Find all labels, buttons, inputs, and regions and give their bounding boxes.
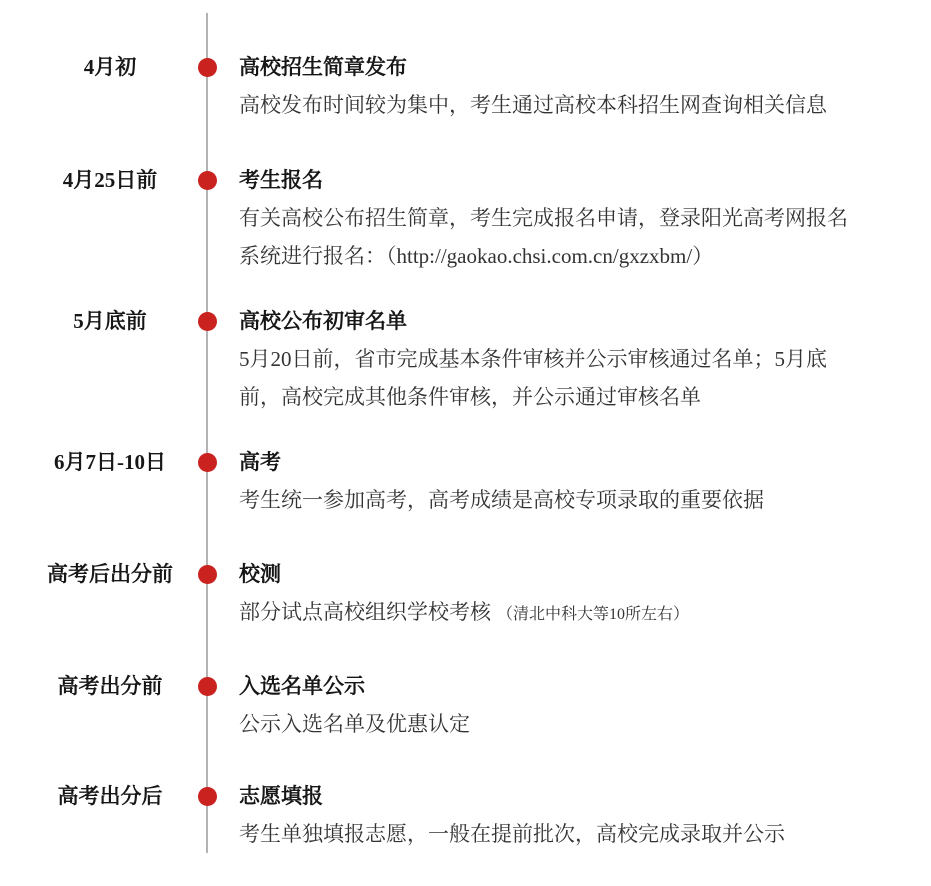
item-description-text: 高校发布时间较为集中，考生通过高校本科招生网查询相关信息 (239, 93, 827, 117)
timeline-dot-icon (198, 312, 217, 331)
item-content: 考生报名 有关高校公布招生简章，考生完成报名申请，登录阳光高考网报名 系统进行报… (239, 167, 904, 275)
timeline-dot-icon (198, 58, 217, 77)
timeline-dot-icon (198, 787, 217, 806)
item-title: 志愿填报 (239, 783, 904, 810)
item-date: 5月底前 (40, 308, 180, 335)
item-content: 校测 部分试点高校组织学校考核（清北中科大等10所左右） (239, 561, 904, 634)
item-date: 高考出分后 (40, 783, 180, 810)
item-description-text: 部分试点高校组织学校考核 (239, 600, 491, 624)
item-date: 高考后出分前 (40, 561, 180, 588)
item-content: 高校公布初审名单 5月20日前，省市完成基本条件审核并公示审核通过名单；5月底 … (239, 308, 904, 416)
item-title: 入选名单公示 (239, 673, 904, 700)
item-date: 4月初 (40, 54, 180, 81)
item-description-note: （清北中科大等10所左右） (497, 606, 689, 623)
item-content: 入选名单公示 公示入选名单及优惠认定 (239, 673, 904, 743)
timeline-axis-line (206, 13, 208, 853)
timeline-dot-icon (198, 171, 217, 190)
item-description: 考生统一参加高考，高考成绩是高校专项录取的重要依据 (239, 481, 904, 519)
item-description-text: 有关高校公布招生简章，考生完成报名申请，登录阳光高考网报名 系统进行报名：（ht… (239, 206, 848, 268)
timeline-dot-icon (198, 565, 217, 584)
item-description: 公示入选名单及优惠认定 (239, 705, 904, 743)
item-description-text: 考生单独填报志愿，一般在提前批次，高校完成录取并公示 (239, 822, 785, 846)
item-title: 高校招生简章发布 (239, 54, 904, 81)
item-content: 志愿填报 考生单独填报志愿，一般在提前批次，高校完成录取并公示 (239, 783, 904, 853)
item-date: 高考出分前 (40, 673, 180, 700)
item-date: 4月25日前 (40, 167, 180, 194)
item-description: 部分试点高校组织学校考核（清北中科大等10所左右） (239, 593, 904, 634)
item-content: 高校招生简章发布 高校发布时间较为集中，考生通过高校本科招生网查询相关信息 (239, 54, 904, 124)
item-description: 考生单独填报志愿，一般在提前批次，高校完成录取并公示 (239, 815, 904, 853)
item-title: 校测 (239, 561, 904, 588)
item-description: 高校发布时间较为集中，考生通过高校本科招生网查询相关信息 (239, 86, 904, 124)
item-description-text: 考生统一参加高考，高考成绩是高校专项录取的重要依据 (239, 488, 764, 512)
timeline-dot-icon (198, 677, 217, 696)
timeline-dot-icon (198, 453, 217, 472)
item-title: 考生报名 (239, 167, 904, 194)
item-description: 有关高校公布招生简章，考生完成报名申请，登录阳光高考网报名 系统进行报名：（ht… (239, 199, 904, 275)
item-description: 5月20日前，省市完成基本条件审核并公示审核通过名单；5月底 前，高校完成其他条… (239, 340, 904, 416)
item-title: 高考 (239, 449, 904, 476)
item-title: 高校公布初审名单 (239, 308, 904, 335)
item-description-text: 公示入选名单及优惠认定 (239, 712, 470, 736)
item-date: 6月7日-10日 (40, 449, 180, 476)
item-content: 高考 考生统一参加高考，高考成绩是高校专项录取的重要依据 (239, 449, 904, 519)
item-description-text: 5月20日前，省市完成基本条件审核并公示审核通过名单；5月底 前，高校完成其他条… (239, 347, 827, 409)
